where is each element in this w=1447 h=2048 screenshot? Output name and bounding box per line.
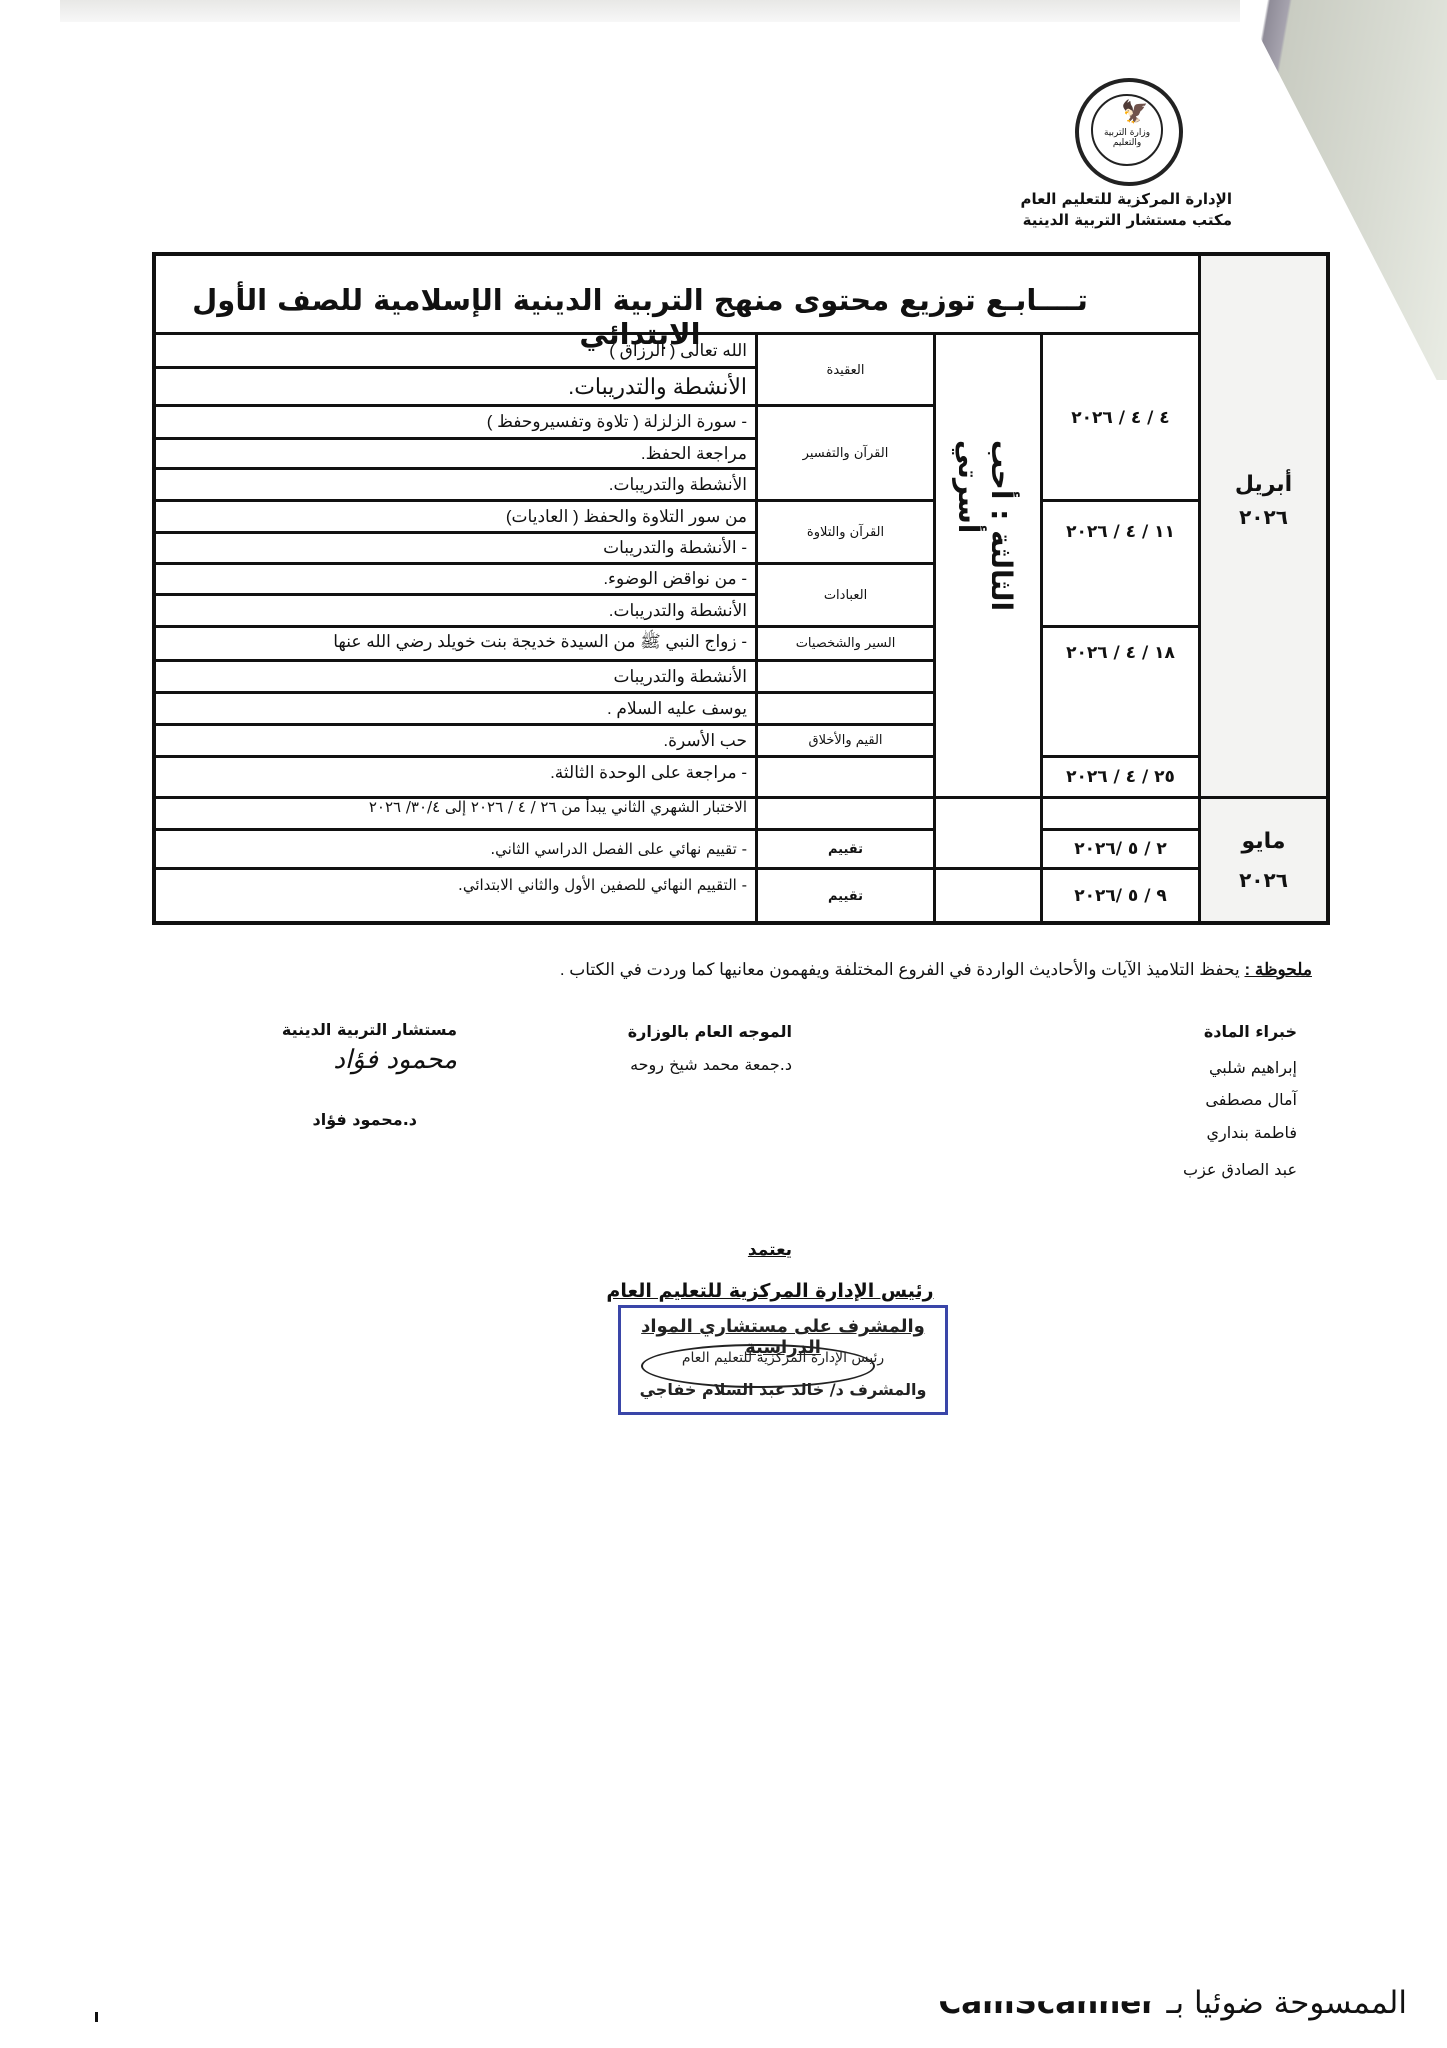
branch-label: تقييم bbox=[828, 889, 863, 904]
row-divider bbox=[755, 691, 933, 694]
emblem-inner-ring: 🦅 وزارة التربية والتعليم bbox=[1091, 94, 1163, 166]
branch-label: العقيدة bbox=[827, 363, 865, 378]
month-cell-may: مايو ٢٠٢٦ bbox=[1201, 800, 1326, 920]
content-text: - التقييم النهائي للصفين الأول والثاني ا… bbox=[458, 876, 747, 894]
advisor-name: د.محمود فؤاد bbox=[313, 1110, 417, 1129]
scanner-watermark: الممسوحة ضوئيا بـ CamScanner bbox=[939, 1985, 1407, 2021]
date-value: ٤ / ٤ / ٢٠٢٦ bbox=[1071, 408, 1169, 428]
expert-name: آمال مصطفى bbox=[1205, 1090, 1297, 1109]
content-text: الأنشطة والتدريبات. bbox=[568, 374, 747, 400]
emblem-text: وزارة التربية والتعليم bbox=[1101, 128, 1153, 148]
advisor-title: مستشار التربية الدينية bbox=[282, 1020, 457, 1039]
content-cell: الأنشطة والتدريبات. bbox=[156, 369, 755, 404]
expert-name: إبراهيم شلبي bbox=[1209, 1058, 1297, 1077]
month-year: ٢٠٢٦ bbox=[1239, 505, 1288, 529]
advisor-signature: محمود فؤاد bbox=[333, 1045, 457, 1075]
content-cell: - زواج النبي ﷺ من السيدة خديجة بنت خويلد… bbox=[156, 628, 755, 659]
scan-top-edge bbox=[60, 0, 1240, 22]
branch-label: السير والشخصيات bbox=[796, 636, 896, 651]
branch-cell: القيم والأخلاق bbox=[758, 726, 933, 755]
content-cell: - سورة الزلزلة ( تلاوة وتفسيروحفظ ) bbox=[156, 407, 755, 437]
content-cell: الاختبار الشهري الثاني يبدأ من ٢٦ / ٤ / … bbox=[156, 790, 755, 828]
content-text: الأنشطة والتدريبات bbox=[613, 667, 747, 687]
date-value: ١١ / ٤ / ٢٠٢٦ bbox=[1066, 522, 1175, 542]
date-cell: ١٨ / ٤ / ٢٠٢٦ bbox=[1043, 628, 1198, 678]
content-text: يوسف عليه السلام . bbox=[607, 699, 747, 719]
content-text: - تقييم نهائي على الفصل الدراسي الثاني. bbox=[490, 840, 747, 858]
branch-cell: العبادات bbox=[758, 565, 933, 625]
note: ملحوظة : يحفظ التلاميذ الآيات والأحاديث … bbox=[560, 960, 1312, 980]
branch-cell: العقيدة bbox=[758, 336, 933, 404]
date-value: ٢٥ / ٤ / ٢٠٢٦ bbox=[1066, 767, 1175, 787]
experts-title: خبراء المادة bbox=[1204, 1022, 1297, 1041]
branch-label: العبادات bbox=[824, 588, 867, 603]
row-divider bbox=[755, 755, 933, 758]
content-cell: - من نواقض الوضوء. bbox=[156, 565, 755, 593]
content-text: الأنشطة والتدريبات. bbox=[609, 601, 747, 621]
date-value: ٩ / ٥ /٢٠٢٦ bbox=[1074, 886, 1166, 906]
official-stamp: والمشرف على مستشاري المواد الدراسية رئيس… bbox=[618, 1305, 948, 1415]
date-value: ٢ / ٥ /٢٠٢٦ bbox=[1074, 839, 1166, 859]
content-text: الاختبار الشهري الثاني يبدأ من ٢٦ / ٤ / … bbox=[369, 798, 747, 816]
org-line-1: الإدارة المركزية للتعليم العام bbox=[1021, 190, 1232, 208]
supervisor-name: د.جمعة محمد شيخ روحه bbox=[630, 1055, 792, 1074]
content-text: من سور التلاوة والحفظ ( العاديات) bbox=[506, 507, 747, 527]
month-cell-april: أبريل ٢٠٢٦ bbox=[1201, 440, 1326, 560]
date-value: ١٨ / ٤ / ٢٠٢٦ bbox=[1066, 643, 1175, 663]
content-cell: من سور التلاوة والحفظ ( العاديات) bbox=[156, 502, 755, 531]
content-text: الله تعالى ( الرزاق ) bbox=[609, 341, 747, 361]
date-cell: ١١ / ٤ / ٢٠٢٦ bbox=[1043, 502, 1198, 562]
signature-loop bbox=[641, 1344, 875, 1388]
scan-mark bbox=[95, 2012, 98, 2022]
content-cell: - مراجعة على الوحدة الثالثة. bbox=[156, 758, 755, 788]
content-cell: - الأنشطة والتدريبات bbox=[156, 534, 755, 562]
month-name: مايو bbox=[1242, 829, 1286, 854]
content-text: - سورة الزلزلة ( تلاوة وتفسيروحفظ ) bbox=[487, 412, 747, 432]
branch-label: القرآن والتفسير bbox=[803, 446, 889, 461]
eagle-icon: 🦅 bbox=[1121, 100, 1148, 125]
content-cell: الله تعالى ( الرزاق ) bbox=[156, 336, 755, 366]
content-text: - الأنشطة والتدريبات bbox=[603, 538, 747, 558]
note-label: ملحوظة : bbox=[1244, 960, 1312, 979]
date-cell: ٢ / ٥ /٢٠٢٦ bbox=[1043, 831, 1198, 867]
content-text: حب الأسرة. bbox=[663, 731, 747, 751]
approval-label: يعتمد bbox=[560, 1240, 980, 1260]
ministry-emblem-icon: 🦅 وزارة التربية والتعليم bbox=[1075, 78, 1183, 186]
branch-label: القرآن والتلاوة bbox=[807, 525, 884, 540]
note-text: يحفظ التلاميذ الآيات والأحاديث الواردة ف… bbox=[560, 960, 1240, 979]
date-cell: ٢٥ / ٤ / ٢٠٢٦ bbox=[1043, 758, 1198, 796]
month-name: أبريل bbox=[1235, 472, 1292, 497]
content-text: - من نواقض الوضوء. bbox=[603, 569, 747, 589]
expert-name: فاطمة بنداري bbox=[1206, 1123, 1297, 1142]
content-cell: - تقييم نهائي على الفصل الدراسي الثاني. bbox=[156, 831, 755, 867]
branch-cell: تقييم bbox=[758, 831, 933, 867]
unit-title: الثالثة : أحب أسرتي bbox=[955, 440, 1015, 700]
date-cell: ٤ / ٤ / ٢٠٢٦ bbox=[1043, 336, 1198, 499]
branch-cell: القرآن والتفسير bbox=[758, 407, 933, 499]
date-cell: ٩ / ٥ /٢٠٢٦ bbox=[1043, 870, 1198, 922]
content-cell: الأنشطة والتدريبات bbox=[156, 662, 755, 691]
branch-cell: القرآن والتلاوة bbox=[758, 502, 933, 562]
content-cell: الأنشطة والتدريبات. bbox=[156, 596, 755, 625]
content-cell: حب الأسرة. bbox=[156, 726, 755, 755]
branch-label: القيم والأخلاق bbox=[808, 733, 882, 748]
scanner-label-ar: الممسوحة ضوئيا بـ bbox=[1166, 1985, 1407, 2021]
content-text: - زواج النبي ﷺ من السيدة خديجة بنت خويلد… bbox=[333, 631, 747, 656]
org-line-2: مكتب مستشار التربية الدينية bbox=[1023, 211, 1232, 229]
content-cell: الأنشطة والتدريبات. bbox=[156, 470, 755, 499]
row-divider bbox=[755, 659, 933, 662]
approval-line-1: رئيس الإدارة المركزية للتعليم العام bbox=[560, 1280, 980, 1302]
content-text: - مراجعة على الوحدة الثالثة. bbox=[550, 763, 747, 783]
branch-cell: السير والشخصيات bbox=[758, 628, 933, 659]
col-divider bbox=[933, 333, 936, 925]
content-text: مراجعة الحفظ. bbox=[641, 444, 747, 464]
content-cell: مراجعة الحفظ. bbox=[156, 440, 755, 467]
content-cell: يوسف عليه السلام . bbox=[156, 694, 755, 723]
supervisor-title: الموجه العام بالوزارة bbox=[628, 1022, 792, 1041]
content-text: الأنشطة والتدريبات. bbox=[609, 475, 747, 495]
branch-label: تقييم bbox=[828, 842, 863, 857]
month-year: ٢٠٢٦ bbox=[1239, 868, 1288, 892]
expert-name: عبد الصادق عزب bbox=[1183, 1160, 1297, 1179]
branch-cell: تقييم bbox=[758, 870, 933, 922]
scanner-label-en: CamScanner bbox=[939, 1985, 1157, 2021]
content-cell: - التقييم النهائي للصفين الأول والثاني ا… bbox=[156, 870, 755, 900]
